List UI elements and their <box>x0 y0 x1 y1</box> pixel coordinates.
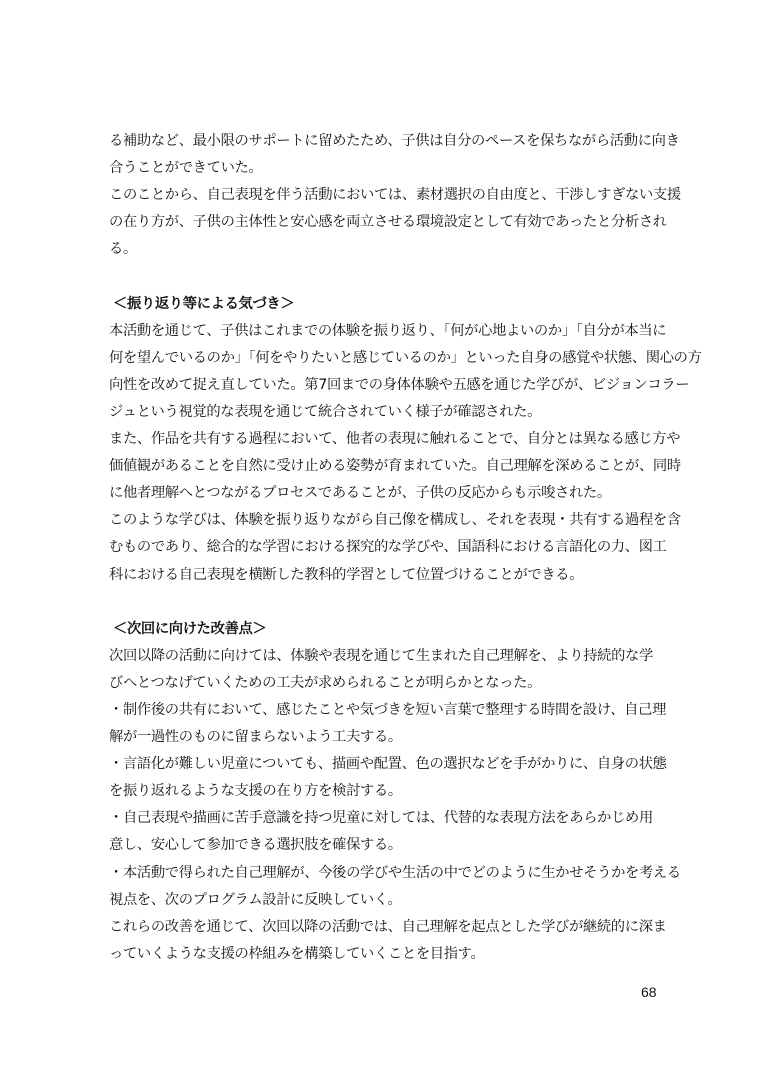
text-line: ・言語化が難しい児童についても、描画や配置、色の選択などを手がかりに、自身の状態 <box>109 751 664 778</box>
section-reflection: ＜振り返り等による気づき＞ 本活動を通じて、子供はこれまでの体験を振り返り、「何… <box>109 291 664 589</box>
section-heading: ＜次回に向けた改善点＞ <box>109 616 664 643</box>
document-page: る補助など、最小限のサポートに留めたため、子供は自分のペースを保ちながら活動に向… <box>0 0 768 1087</box>
paragraph: 次回以降の活動に向けては、体験や表現を通じて生まれた自己理解を、より持続的な学 … <box>109 643 664 697</box>
text-line: むものであり、総合的な学習における探究的な学びや、国語科における言語化の力、図工 <box>109 534 664 561</box>
text-line: る。 <box>109 236 664 263</box>
paragraph: る補助など、最小限のサポートに留めたため、子供は自分のペースを保ちながら活動に向… <box>109 128 664 182</box>
text-line: これらの改善を通じて、次回以降の活動では、自己理解を起点とした学びが継続的に深ま <box>109 914 664 941</box>
bullet-item: ・制作後の共有において、感じたことや気づきを短い言葉で整理する時間を設け、自己理… <box>109 697 664 751</box>
text-line: る補助など、最小限のサポートに留めたため、子供は自分のペースを保ちながら活動に向… <box>109 128 664 155</box>
paragraph: また、作品を共有する過程において、他者の表現に触れることで、自分とは異なる感じ方… <box>109 426 664 507</box>
text-line: 次回以降の活動に向けては、体験や表現を通じて生まれた自己理解を、より持続的な学 <box>109 643 664 670</box>
text-line: に他者理解へとつながるプロセスであることが、子供の反応からも示唆された。 <box>109 480 664 507</box>
text-line: ・制作後の共有において、感じたことや気づきを短い言葉で整理する時間を設け、自己理 <box>109 697 664 724</box>
section-improvements: ＜次回に向けた改善点＞ 次回以降の活動に向けては、体験や表現を通じて生まれた自己… <box>109 616 664 968</box>
text-line: 合うことができていた。 <box>109 155 664 182</box>
text-line: ・本活動で得られた自己理解が、今後の学びや生活の中でどのように生かせそうかを考え… <box>109 860 664 887</box>
text-line: ジュという視覚的な表現を通じて統合されていく様子が確認された。 <box>109 399 664 426</box>
text-line: 解が一過性のものに留まらないよう工夫する。 <box>109 724 664 751</box>
text-line: 科における自己表現を横断した教科的学習として位置づけることができる。 <box>109 562 664 589</box>
text-line: 視点を、次のプログラム設計に反映していく。 <box>109 887 664 914</box>
text-line: 意し、安心して参加できる選択肢を確保する。 <box>109 832 664 859</box>
text-line: びへとつなげていくための工夫が求められることが明らかとなった。 <box>109 670 664 697</box>
paragraph: このことから、自己表現を伴う活動においては、素材選択の自由度と、干渉しすぎない支… <box>109 182 664 263</box>
text-line: 何を望んでいるのか」「何をやりたいと感じているのか」といった自身の感覚や状態、関… <box>109 345 664 372</box>
text-line: を振り返れるような支援の在り方を検討する。 <box>109 778 664 805</box>
text-line: このことから、自己表現を伴う活動においては、素材選択の自由度と、干渉しすぎない支… <box>109 182 664 209</box>
page-number: 68 <box>641 984 657 1000</box>
text-line: 本活動を通じて、子供はこれまでの体験を振り返り、「何が心地よいのか」「自分が本当… <box>109 318 664 345</box>
text-line: また、作品を共有する過程において、他者の表現に触れることで、自分とは異なる感じ方… <box>109 426 664 453</box>
bullet-item: ・自己表現や描画に苦手意識を持つ児童に対しては、代替的な表現方法をあらかじめ用 … <box>109 805 664 859</box>
text-line: このような学びは、体験を振り返りながら自己像を構成し、それを表現・共有する過程を… <box>109 507 664 534</box>
paragraph: 本活動を通じて、子供はこれまでの体験を振り返り、「何が心地よいのか」「自分が本当… <box>109 318 664 426</box>
paragraph: これらの改善を通じて、次回以降の活動では、自己理解を起点とした学びが継続的に深ま… <box>109 914 664 968</box>
text-line: の在り方が、子供の主体性と安心感を両立させる環境設定として有効であったと分析され <box>109 209 664 236</box>
paragraph: このような学びは、体験を振り返りながら自己像を構成し、それを表現・共有する過程を… <box>109 507 664 588</box>
bullet-item: ・本活動で得られた自己理解が、今後の学びや生活の中でどのように生かせそうかを考え… <box>109 860 664 914</box>
page-body: る補助など、最小限のサポートに留めたため、子供は自分のペースを保ちながら活動に向… <box>109 128 664 968</box>
text-line: ・自己表現や描画に苦手意識を持つ児童に対しては、代替的な表現方法をあらかじめ用 <box>109 805 664 832</box>
section-heading: ＜振り返り等による気づき＞ <box>109 291 664 318</box>
spacer <box>109 589 664 616</box>
bullet-item: ・言語化が難しい児童についても、描画や配置、色の選択などを手がかりに、自身の状態… <box>109 751 664 805</box>
spacer <box>109 263 664 290</box>
text-line: 向性を改めて捉え直していた。第7回までの身体体験や五感を通じた学びが、ビジョンコ… <box>109 372 664 399</box>
text-line: 価値観があることを自然に受け止める姿勢が育まれていた。自己理解を深めることが、同… <box>109 453 664 480</box>
text-line: っていくような支援の枠組みを構築していくことを目指す。 <box>109 941 664 968</box>
